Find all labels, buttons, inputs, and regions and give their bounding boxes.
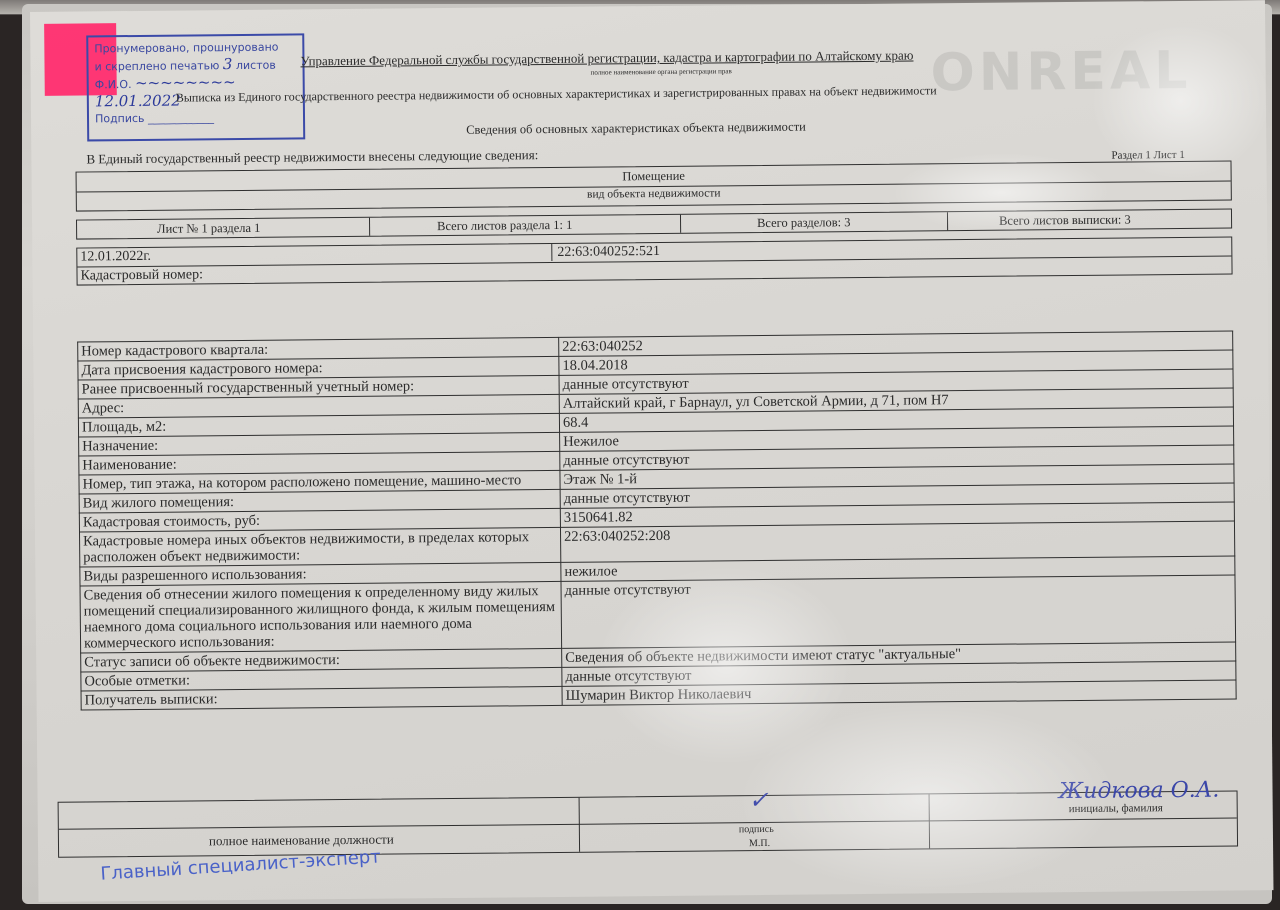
- total-sections: Всего разделов: 3: [757, 215, 851, 231]
- row-label: Кадастровые номера иных объектов недвижи…: [79, 527, 560, 567]
- organization-caption: полное наименование органа регистрации п…: [591, 67, 732, 76]
- signature-block: полное наименование должности подпись М.…: [58, 790, 1238, 857]
- document-page: Пронумеровано, прошнуровано и скреплено …: [30, 0, 1273, 902]
- table-row: Сведения об отнесении жилого помещения к…: [80, 575, 1236, 653]
- sheet-number: Лист № 1 раздела 1: [157, 221, 260, 237]
- initials-caption: инициалы, фамилия: [1069, 802, 1163, 815]
- initials-handwritten: Жидкова О.А.: [1058, 778, 1219, 805]
- organization-title: Управление Федеральной службы государств…: [300, 48, 913, 70]
- watermark: ONREAL: [930, 41, 1191, 103]
- seal-caption: М.П.: [749, 838, 770, 849]
- stamp-fio-signature: ~~~~~~~~: [135, 73, 236, 92]
- cadastral-number-box: 12.01.2022г. Кадастровый номер: 22:63:04…: [76, 236, 1232, 285]
- stamp-signature: Подпись ____________: [95, 108, 297, 127]
- stamp-sheet-count: 3: [223, 55, 233, 73]
- sheets-info-row: Лист № 1 раздела 1 Всего листов раздела …: [76, 208, 1232, 239]
- total-sheets: Всего листов выписки: 3: [999, 212, 1131, 228]
- binding-stamp: Пронумеровано, прошнуровано и скреплено …: [86, 33, 305, 141]
- stamp-line-1: Пронумеровано, прошнуровано: [94, 38, 296, 57]
- row-value: данные отсутствуют: [561, 575, 1236, 648]
- intro-text: В Единый государственный реестр недвижим…: [86, 147, 538, 167]
- signature-mark: ✓: [748, 786, 768, 814]
- object-type-box: Помещение вид объекта недвижимости: [76, 160, 1232, 211]
- row-label: Получатель выписки:: [81, 686, 562, 710]
- section-reference: Раздел 1 Лист 1: [1111, 149, 1185, 162]
- row-label: Сведения об отнесении жилого помещения к…: [80, 581, 562, 653]
- stamp-line-2: и скреплено печатью 3 листов: [94, 55, 296, 75]
- cadastral-number-label: Кадастровый номер:: [80, 267, 203, 284]
- signature-caption: подпись: [739, 824, 774, 835]
- section-title: Сведения об основных характеристиках объ…: [466, 120, 806, 138]
- sheets-in-section: Всего листов раздела 1: 1: [437, 218, 572, 234]
- cadastral-number-value: 22:63:040252:521: [557, 244, 660, 261]
- extract-date: 12.01.2022г.: [80, 249, 151, 266]
- characteristics-table: Номер кадастрового квартала:22:63:040252…: [77, 330, 1236, 710]
